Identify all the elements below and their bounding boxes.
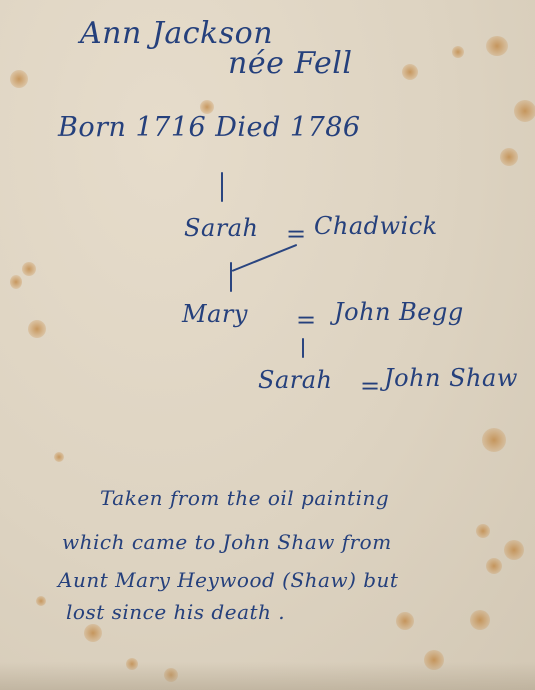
- foxing-stain: [28, 320, 46, 338]
- tree-equals-gen3: =: [360, 372, 381, 400]
- handwritten-page: Ann Jackson née Fell Born 1716 Died 1786…: [0, 0, 535, 690]
- foxing-stain: [452, 46, 464, 58]
- tree-descent-line: [302, 338, 304, 358]
- foxing-stain: [500, 148, 518, 166]
- foxing-stain: [396, 612, 414, 630]
- foxing-stain: [504, 540, 524, 560]
- foxing-stain: [482, 428, 506, 452]
- tree-descent-line: [232, 244, 298, 272]
- foxing-stain: [22, 262, 36, 276]
- foxing-stain: [54, 452, 64, 462]
- birth-death-dates: Born 1716 Died 1786: [58, 112, 361, 143]
- foxing-stain: [476, 524, 490, 538]
- tree-person-gen1: Sarah: [184, 214, 259, 242]
- foxing-stain: [486, 36, 508, 56]
- tree-spouse-gen3: John Shaw: [384, 364, 518, 392]
- foxing-stain: [486, 558, 502, 574]
- foxing-stain: [514, 100, 535, 122]
- page-edge-shadow: [0, 662, 535, 690]
- note-line: lost since his death .: [66, 600, 285, 624]
- tree-spouse-gen1: Chadwick: [314, 212, 438, 240]
- tree-person-gen2: Mary: [182, 300, 248, 328]
- note-line: Aunt Mary Heywood (Shaw) but: [58, 568, 398, 592]
- foxing-stain: [402, 64, 418, 80]
- foxing-stain: [10, 275, 22, 289]
- note-line: Taken from the oil painting: [100, 486, 389, 510]
- note-line: which came to John Shaw from: [62, 530, 392, 554]
- foxing-stain: [10, 70, 28, 88]
- tree-descent-line: [221, 172, 223, 202]
- tree-person-gen3: Sarah: [258, 366, 333, 394]
- tree-descent-line: [230, 262, 232, 292]
- foxing-stain: [36, 596, 46, 606]
- foxing-stain: [84, 624, 102, 642]
- tree-spouse-gen2: John Begg: [334, 298, 464, 326]
- tree-equals-gen2: =: [296, 306, 317, 334]
- maiden-name: née Fell: [228, 46, 352, 81]
- foxing-stain: [470, 610, 490, 630]
